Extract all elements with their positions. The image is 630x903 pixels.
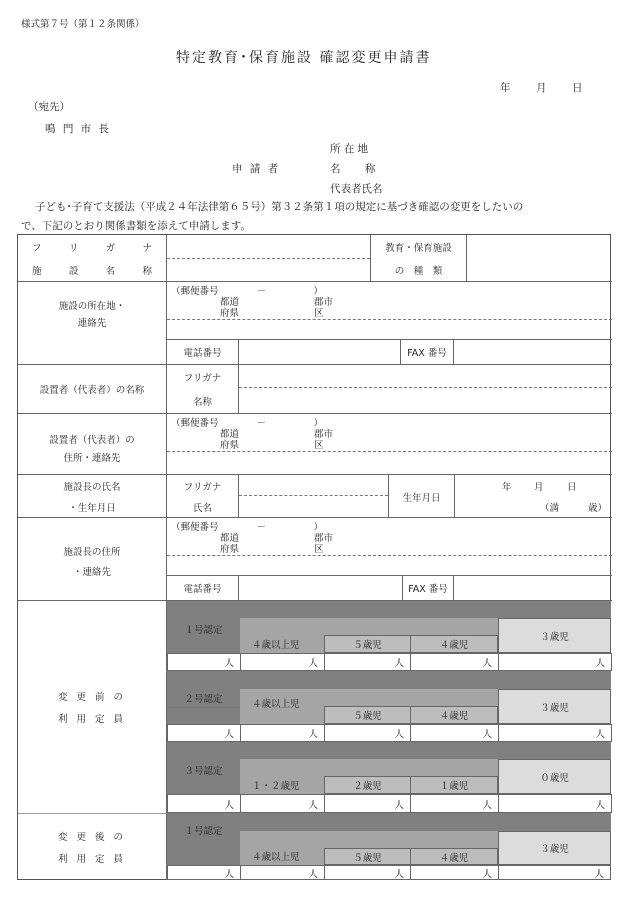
postal-label: （郵便番号 － ） — [171, 519, 323, 533]
young-label: ０歳児 — [498, 759, 611, 794]
phone-input[interactable] — [239, 340, 400, 364]
facility-address-input[interactable] — [167, 320, 612, 338]
gunshi-label: 区 — [314, 541, 324, 555]
young-label: ３歳児 — [498, 831, 611, 865]
applicant-field-representative: 代表者氏名 — [330, 181, 383, 196]
sub2-label: ４歳児 — [410, 848, 498, 865]
cert-count-input[interactable]: 人 — [167, 653, 241, 671]
addressee: 鳴 門 市 長 — [45, 121, 111, 136]
cert-label: １号認定 — [167, 813, 240, 865]
cert-label: ３号認定 — [167, 759, 240, 794]
director-furigana-label: フリガナ — [167, 475, 238, 496]
applicant-field-location: 所 在 地 — [330, 141, 368, 156]
char: ガ — [106, 240, 116, 254]
facility-furigana-input[interactable] — [167, 235, 370, 258]
cert-label: １号認定 — [167, 618, 240, 653]
addressee-label: （宛先） — [28, 99, 70, 114]
facility-type-label-1: 教育・保育施設 — [371, 235, 466, 258]
cert-label-lower — [167, 707, 240, 724]
fax-label: FAX 番号 — [401, 340, 453, 364]
capacity-block-2-band — [167, 671, 611, 689]
director-fax-input[interactable] — [454, 576, 611, 600]
capacity-after-label-2: 利 用 定 員 — [58, 851, 126, 865]
sub1-count-input[interactable]: 人 — [324, 865, 411, 880]
gunshi-label: 区 — [314, 305, 324, 319]
birth-month: 月 — [534, 479, 544, 493]
body-text-line1: 子ども･子育て支援法（平成２４年法律第６５号）第３２条第１項の規定に基づき確認の… — [35, 199, 523, 214]
applicant-label: 申 請 者 — [232, 161, 280, 176]
application-table: フ リ ガ ナ 施 設 名 称 教育・保育施設 の 種 類 施設の所在地・ 連絡… — [17, 234, 611, 880]
char: 名 — [106, 263, 116, 277]
todofuken-label: 府県 — [220, 541, 239, 555]
phone-label: 電話番号 — [167, 340, 238, 364]
char: リ — [69, 240, 79, 254]
sub1-count-input[interactable]: 人 — [324, 724, 411, 742]
founder-furigana-label: フリガナ — [167, 365, 238, 389]
young-count-input[interactable]: 人 — [498, 794, 612, 813]
cert-count-input[interactable]: 人 — [167, 724, 241, 742]
birth-day: 日 — [567, 479, 577, 493]
sub1-label: ２歳児 — [324, 776, 411, 794]
sub2-label: ４歳児 — [410, 706, 498, 724]
postal-label: （郵便番号 － ） — [171, 415, 323, 429]
group-count-input[interactable]: 人 — [240, 865, 325, 880]
facility-name-heading: 施 設 名 称 — [18, 258, 166, 281]
facility-name-input[interactable] — [167, 259, 370, 281]
director-address-label-2: ・連絡先 — [18, 560, 166, 582]
capacity-block-3-band — [167, 742, 611, 759]
birth-year: 年 — [502, 479, 512, 493]
director-address-input[interactable] — [167, 556, 612, 574]
founder-name-label: 設置者（代表者）の名称 — [18, 365, 166, 413]
form-number: 様式第７号（第１２条関係） — [21, 16, 145, 30]
director-name-input[interactable] — [239, 496, 388, 517]
capacity-after-label-1: 変 更 後 の — [58, 829, 126, 843]
sub1-label: ５歳児 — [324, 706, 411, 724]
young-label: ３歳児 — [498, 689, 611, 724]
todofuken-label: 府県 — [220, 437, 239, 451]
sub2-count-input[interactable]: 人 — [410, 653, 499, 671]
young-label: ３歳児 — [498, 618, 611, 653]
date-year: 年 — [500, 80, 511, 95]
sub1-count-input[interactable]: 人 — [324, 794, 411, 813]
capacity-before-label-2: 利 用 定 員 — [58, 711, 126, 725]
date-month: 月 — [536, 80, 547, 95]
young-count-input[interactable]: 人 — [498, 865, 611, 880]
cert-count-input[interactable]: 人 — [167, 794, 241, 813]
char: ナ — [142, 240, 152, 254]
founder-furigana-input[interactable] — [239, 365, 611, 387]
fax-label: FAX 番号 — [403, 576, 453, 600]
director-address-label-1: 施設長の住所 — [18, 518, 166, 560]
founder-name-input[interactable] — [239, 388, 611, 413]
fax-input[interactable] — [454, 340, 611, 364]
facility-location-label-2: 連絡先 — [18, 312, 166, 332]
sub2-count-input[interactable]: 人 — [410, 724, 499, 742]
director-person-name-label: 氏名 — [167, 496, 238, 517]
founder-name-sublabel: 名称 — [167, 389, 238, 413]
facility-type-input[interactable] — [467, 235, 611, 281]
facility-type-label-2: の 種 類 — [371, 258, 466, 281]
age-open: （満 — [540, 500, 559, 514]
sub1-label: ５歳児 — [324, 635, 411, 653]
capacity-block-1-band — [167, 601, 611, 618]
char: フ — [32, 240, 42, 254]
postal-label: （郵便番号 － ） — [171, 283, 323, 297]
date-day: 日 — [572, 80, 583, 95]
char: 称 — [142, 263, 152, 277]
group-count-input[interactable]: 人 — [240, 794, 325, 813]
sub2-count-input[interactable]: 人 — [410, 865, 499, 880]
furigana-heading: フ リ ガ ナ — [18, 235, 166, 258]
director-phone-input[interactable] — [239, 576, 402, 600]
sub1-count-input[interactable]: 人 — [324, 653, 411, 671]
body-text-line2: で、下記のとおり関係書類を添えて申請します。 — [21, 218, 251, 233]
sub1-label: ５歳児 — [324, 848, 411, 865]
founder-address-label-1: 設置者（代表者）の — [18, 414, 166, 446]
birthdate-label: 生年月日 — [389, 475, 454, 518]
phone-label: 電話番号 — [167, 576, 238, 600]
capacity-before-label: 変 更 前 の 利 用 定 員 — [18, 601, 166, 813]
sub2-label: １歳児 — [410, 776, 498, 794]
applicant-field-name: 名 称 — [330, 161, 375, 176]
capacity-before-label-1: 変 更 前 の — [58, 689, 126, 703]
page-title: 特定教育･保育施設 確認変更申請書 — [176, 47, 431, 67]
director-furigana-input[interactable] — [239, 475, 388, 495]
group-count-input[interactable]: 人 — [240, 653, 325, 671]
director-name-label-2: ・生年月日 — [18, 496, 166, 517]
facility-location-label-1: 施設の所在地・ — [18, 282, 166, 312]
group-count-input[interactable]: 人 — [240, 724, 325, 742]
char: 設 — [69, 263, 79, 277]
cert-label: ２号認定 — [167, 689, 240, 707]
char: 施 — [32, 263, 42, 277]
director-name-label-1: 施設長の氏名 — [18, 475, 166, 496]
sub2-count-input[interactable]: 人 — [410, 794, 499, 813]
age-close: 歳） — [588, 500, 607, 514]
sub2-label: ４歳児 — [410, 635, 498, 653]
todofuken-label: 府県 — [220, 305, 239, 319]
gunshi-label: 区 — [314, 437, 324, 451]
founder-address-label-2: 住所・連絡先 — [18, 446, 166, 468]
cert-count-input[interactable]: 人 — [167, 865, 241, 880]
capacity-after-label: 変 更 後 の 利 用 定 員 — [18, 814, 166, 880]
young-count-input[interactable]: 人 — [498, 653, 612, 671]
young-count-input[interactable]: 人 — [498, 724, 612, 742]
founder-address-input[interactable] — [167, 452, 612, 473]
